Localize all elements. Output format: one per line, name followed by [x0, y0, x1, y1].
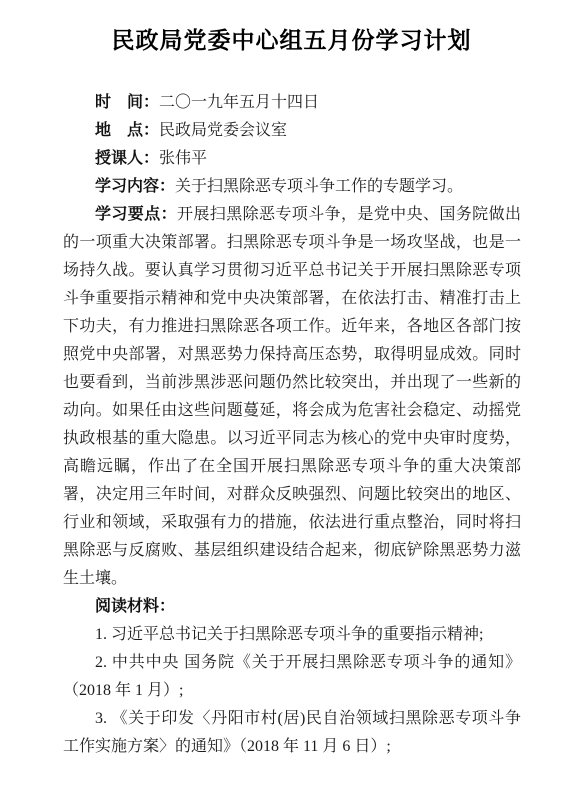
- time-label: 时 间：: [95, 94, 159, 111]
- document-body: 时 间：二〇一九年五月十四日 地 点：民政局党委会议室 授课人：张伟平 学习内容…: [0, 89, 583, 761]
- meta-row-lecturer: 授课人：张伟平: [63, 145, 521, 173]
- place-value: 民政局党委会议室: [159, 122, 287, 139]
- reading-item-2: 2. 中共中央 国务院《关于开展扫黑除恶专项斗争的通知》（2018 年 1 月）…: [63, 649, 521, 705]
- study-content-paragraph: 学习内容：关于扫黑除恶专项斗争工作的专题学习。: [63, 173, 521, 201]
- document-page: 民政局党委中心组五月份学习计划 时 间：二〇一九年五月十四日 地 点：民政局党委…: [0, 0, 583, 795]
- document-title: 民政局党委中心组五月份学习计划: [0, 22, 583, 55]
- reading-materials-label: 阅读材料：: [95, 598, 175, 615]
- reading-item-1: 1. 习近平总书记关于扫黑除恶专项斗争的重要指示精神;: [63, 621, 521, 649]
- reading-materials-heading: 阅读材料：: [63, 593, 521, 621]
- meta-row-time: 时 间：二〇一九年五月十四日: [63, 89, 521, 117]
- lecturer-label: 授课人：: [95, 150, 159, 167]
- time-value: 二〇一九年五月十四日: [159, 94, 319, 111]
- meta-row-place: 地 点：民政局党委会议室: [63, 117, 521, 145]
- lecturer-value: 张伟平: [159, 150, 207, 167]
- key-points-paragraph: 学习要点：开展扫黑除恶专项斗争，是党中央、国务院做出的一项重大决策部署。扫黑除恶…: [63, 201, 521, 593]
- key-points-text: 开展扫黑除恶专项斗争，是党中央、国务院做出的一项重大决策部署。扫黑除恶专项斗争是…: [63, 206, 521, 587]
- page-number: 1: [0, 743, 583, 755]
- study-content-label: 学习内容：: [95, 178, 175, 195]
- key-points-label: 学习要点：: [95, 206, 177, 223]
- study-content-text: 关于扫黑除恶专项斗争工作的专题学习。: [175, 178, 463, 195]
- place-label: 地 点：: [95, 122, 159, 139]
